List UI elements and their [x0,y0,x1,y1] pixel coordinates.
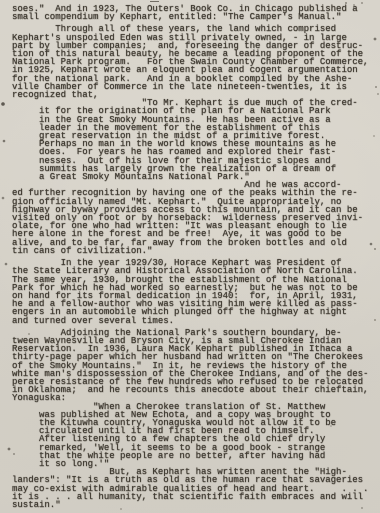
scan-artifact-dash [150,1,159,2]
manuscript-page: soes." And in 1923, The Outers' Book Co.… [0,0,380,513]
blockquote-yonaguska-anecdote: "When a Cherokee translation of St. Matt… [12,403,378,469]
paragraph-national-park-advocacy: Through all of these years, the land whi… [12,25,378,99]
typewritten-text-column: soes." And in 1923, The Outers' Book Co.… [12,5,378,509]
paragraph-highlanders-closing: But, as Kephart has written anent the "H… [12,468,378,509]
paragraph-mt-kephart: And he was accord- ed further recognitio… [12,181,378,255]
blockquote-asheville-booklet: "To Mr. Kephart is due much of the cred-… [12,99,378,181]
paragraph-cherokee-reservation: Adjoining the National Park's southern b… [12,329,378,403]
paragraph-campers-manual-continuation: soes." And in 1923, The Outers' Book Co.… [12,5,378,21]
scan-noise-specks [0,0,2,2]
paragraph-presidency-and-death: In the year 1929/30, Horace Kephart was … [12,259,378,325]
